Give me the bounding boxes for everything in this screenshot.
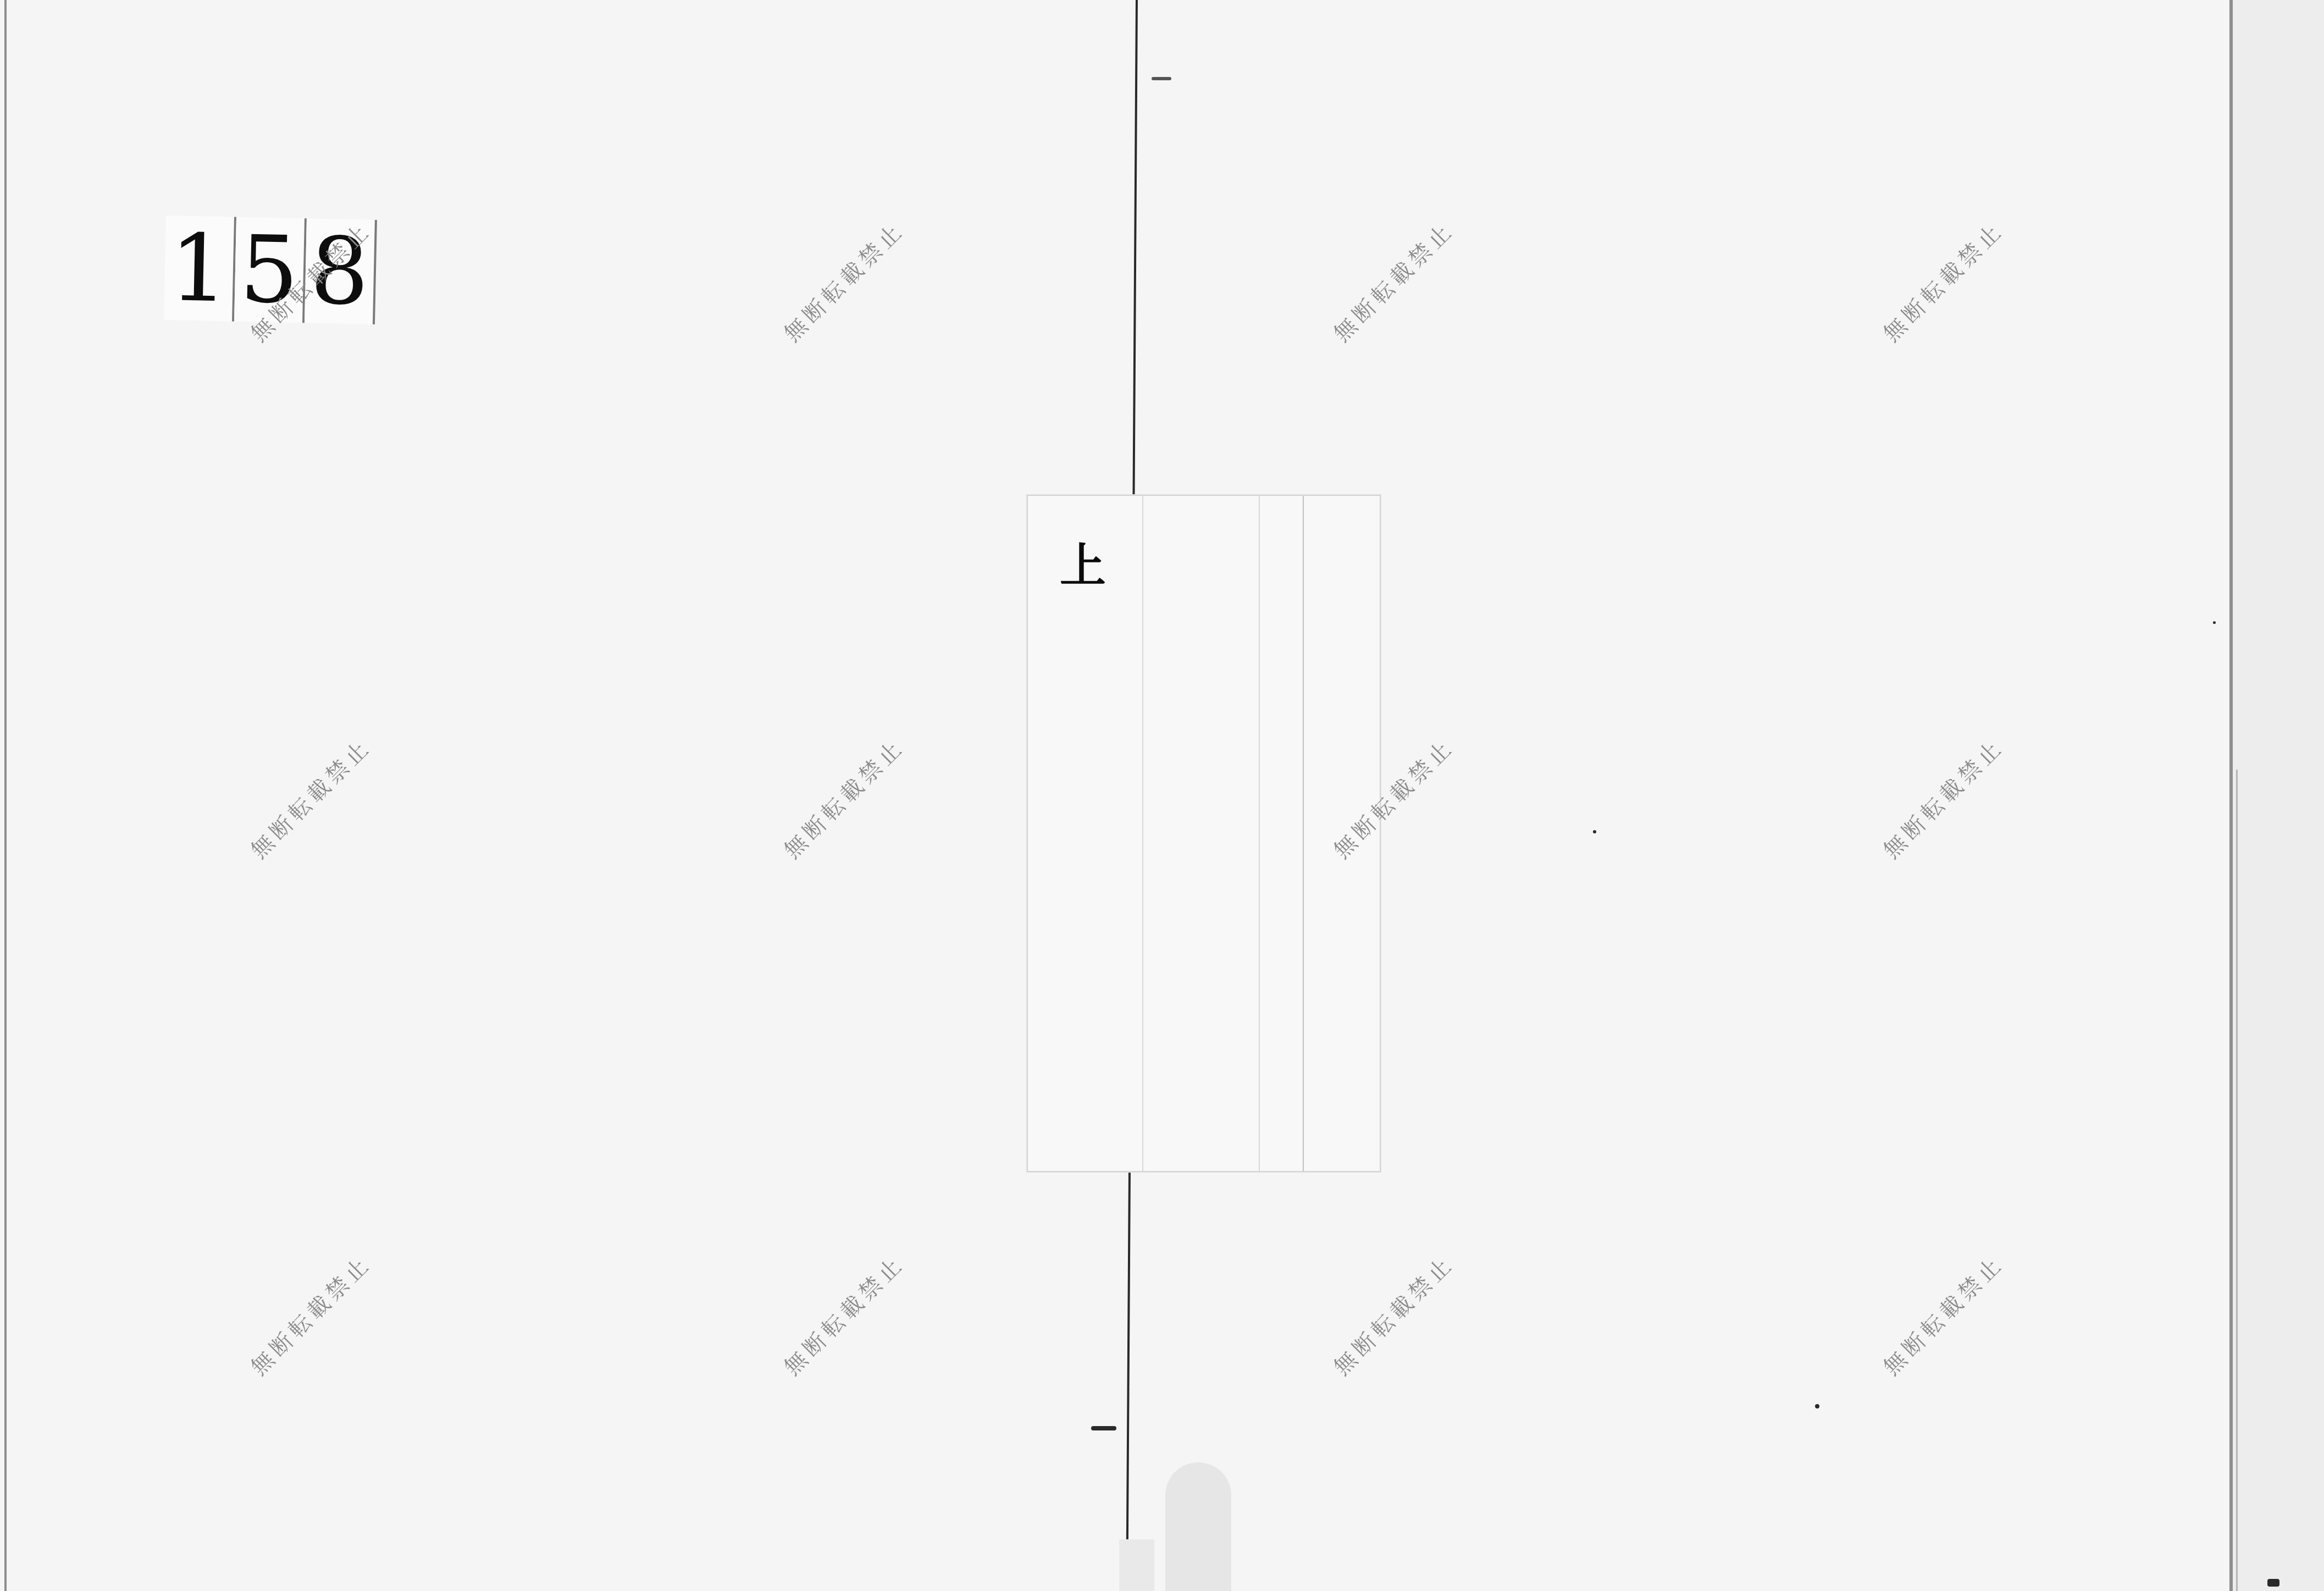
page-number-digit: 1 <box>164 216 236 322</box>
watermark-text: 無断転載禁止 <box>776 731 910 865</box>
watermark-text: 無断転載禁止 <box>776 1247 910 1382</box>
slip-fold-line <box>1259 496 1260 1171</box>
slip-fold-line <box>1303 496 1304 1171</box>
watermark-text: 無断転載禁止 <box>1875 214 2010 348</box>
enclosed-slip: 上 <box>1027 495 1381 1172</box>
paper-stain <box>1165 1462 1231 1591</box>
watermark-text: 無断転載禁止 <box>243 731 377 865</box>
paper-stain <box>1119 1539 1154 1591</box>
watermark-text: 無断転載禁止 <box>1326 1247 1460 1382</box>
left-page-edge <box>4 0 7 1591</box>
watermark-text: 無断転載禁止 <box>1326 214 1460 348</box>
slip-label: 上 <box>1060 529 1106 595</box>
slip-fold-line <box>1142 496 1143 1171</box>
right-margin <box>2233 0 2324 1591</box>
ink-mark <box>1152 77 1171 80</box>
watermark-text: 無断転載禁止 <box>1875 1247 2010 1382</box>
ink-dot <box>2213 621 2216 624</box>
ink-dot <box>1593 830 1596 833</box>
ink-mark <box>1091 1426 1116 1430</box>
right-page-edge <box>2229 0 2233 1591</box>
ink-dot <box>1815 1404 1819 1408</box>
ink-mark <box>2267 1579 2279 1587</box>
watermark-text: 無断転載禁止 <box>776 214 910 348</box>
watermark-text: 無断転載禁止 <box>243 1247 377 1382</box>
right-page-edge-inner <box>2236 770 2238 1591</box>
scanned-page-spread: 1 5 8 上 無断転載禁止無断転載禁止無断転載禁止無断転載禁止無断転載禁止無断… <box>0 0 2324 1591</box>
watermark-text: 無断転載禁止 <box>1875 731 2010 865</box>
